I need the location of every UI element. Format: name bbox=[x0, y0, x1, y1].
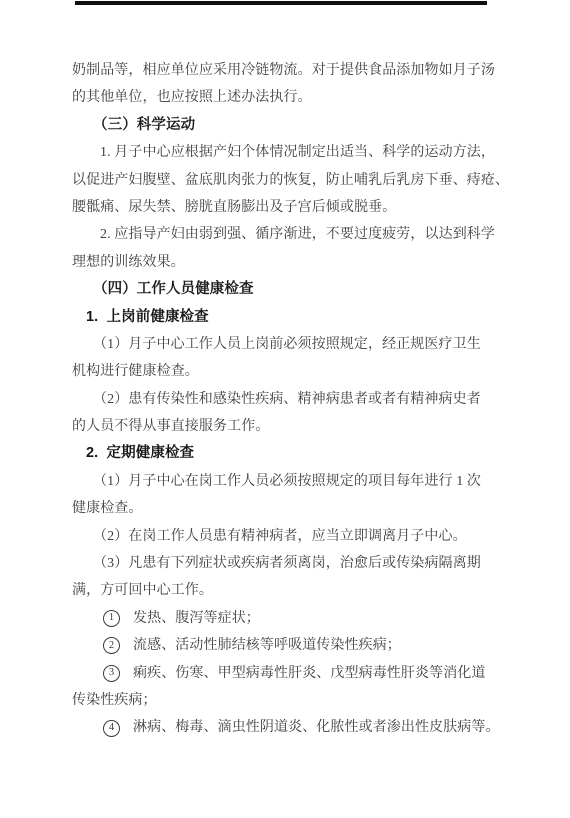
circled-number-icon: 4 bbox=[103, 720, 120, 737]
circled-number-icon: 1 bbox=[103, 610, 120, 627]
text-line: 1. 月子中心应根据产妇个体情况制定出适当、科学的运动方法， bbox=[72, 139, 512, 166]
list-item-text: 发热、腹泻等症状； bbox=[133, 605, 260, 632]
numbered-subheading: 2. 定期健康检查 bbox=[72, 440, 512, 467]
list-item: 2流感、活动性肺结核等呼吸道传染性疾病； bbox=[72, 632, 512, 659]
list-item-text: 淋病、梅毒、滴虫性阴道炎、化脓性或者渗出性皮肤病等。 bbox=[133, 714, 500, 741]
section-heading: （三）科学运动 bbox=[72, 112, 512, 139]
document-page: 奶制品等，相应单位应采用冷链物流。对于提供食品添加物如月子汤的其他单位，也应按照… bbox=[0, 0, 570, 818]
text-line: 2. 应指导产妇由弱到强、循序渐进，不要过度疲劳，以达到科学 bbox=[72, 221, 512, 248]
text-line: （2）患有传染性和感染性疾病、精神病患者或者有精神病史者 bbox=[72, 386, 512, 413]
text-line: 健康检查。 bbox=[72, 495, 512, 522]
list-item-text: 流感、活动性肺结核等呼吸道传染性疾病； bbox=[133, 632, 401, 659]
text-line: 奶制品等，相应单位应采用冷链物流。对于提供食品添加物如月子汤 bbox=[72, 57, 512, 84]
circled-number-icon: 2 bbox=[103, 637, 120, 654]
text-line: 传染性疾病； bbox=[72, 687, 512, 714]
text-line: 理想的训练效果。 bbox=[72, 249, 512, 276]
list-item-text: 痢疾、伤寒、甲型病毒性肝炎、戊型病毒性肝炎等消化道 bbox=[133, 660, 486, 687]
numbered-subheading: 1. 上岗前健康检查 bbox=[72, 304, 512, 331]
text-line: 满，方可回中心工作。 bbox=[72, 577, 512, 604]
text-line: （1）月子中心在岗工作人员必须按照规定的项目每年进行 1 次 bbox=[72, 468, 512, 495]
document-content: 奶制品等，相应单位应采用冷链物流。对于提供食品添加物如月子汤的其他单位，也应按照… bbox=[72, 57, 512, 742]
section-heading: （四）工作人员健康检查 bbox=[72, 276, 512, 303]
list-item: 1发热、腹泻等症状； bbox=[72, 605, 512, 632]
text-line: 机构进行健康检查。 bbox=[72, 358, 512, 385]
list-item: 4淋病、梅毒、滴虫性阴道炎、化脓性或者渗出性皮肤病等。 bbox=[72, 714, 512, 741]
text-line: 以促进产妇腹壁、盆底肌肉张力的恢复，防止哺乳后乳房下垂、痔疮、 bbox=[72, 167, 512, 194]
text-line: 腰骶痛、尿失禁、膀胱直肠膨出及子宫后倾或脱垂。 bbox=[72, 194, 512, 221]
circled-number-icon: 3 bbox=[103, 665, 120, 682]
text-line: （2）在岗工作人员患有精神病者，应当立即调离月子中心。 bbox=[72, 523, 512, 550]
text-line: 的人员不得从事直接服务工作。 bbox=[72, 413, 512, 440]
text-line: （1）月子中心工作人员上岗前必须按照规定，经正规医疗卫生 bbox=[72, 331, 512, 358]
text-line: （3）凡患有下列症状或疾病者须离岗，治愈后或传染病隔离期 bbox=[72, 550, 512, 577]
list-item: 3痢疾、伤寒、甲型病毒性肝炎、戊型病毒性肝炎等消化道 bbox=[72, 660, 512, 687]
scan-edge-artifact-bar bbox=[75, 1, 487, 5]
text-line: 的其他单位，也应按照上述办法执行。 bbox=[72, 84, 512, 111]
